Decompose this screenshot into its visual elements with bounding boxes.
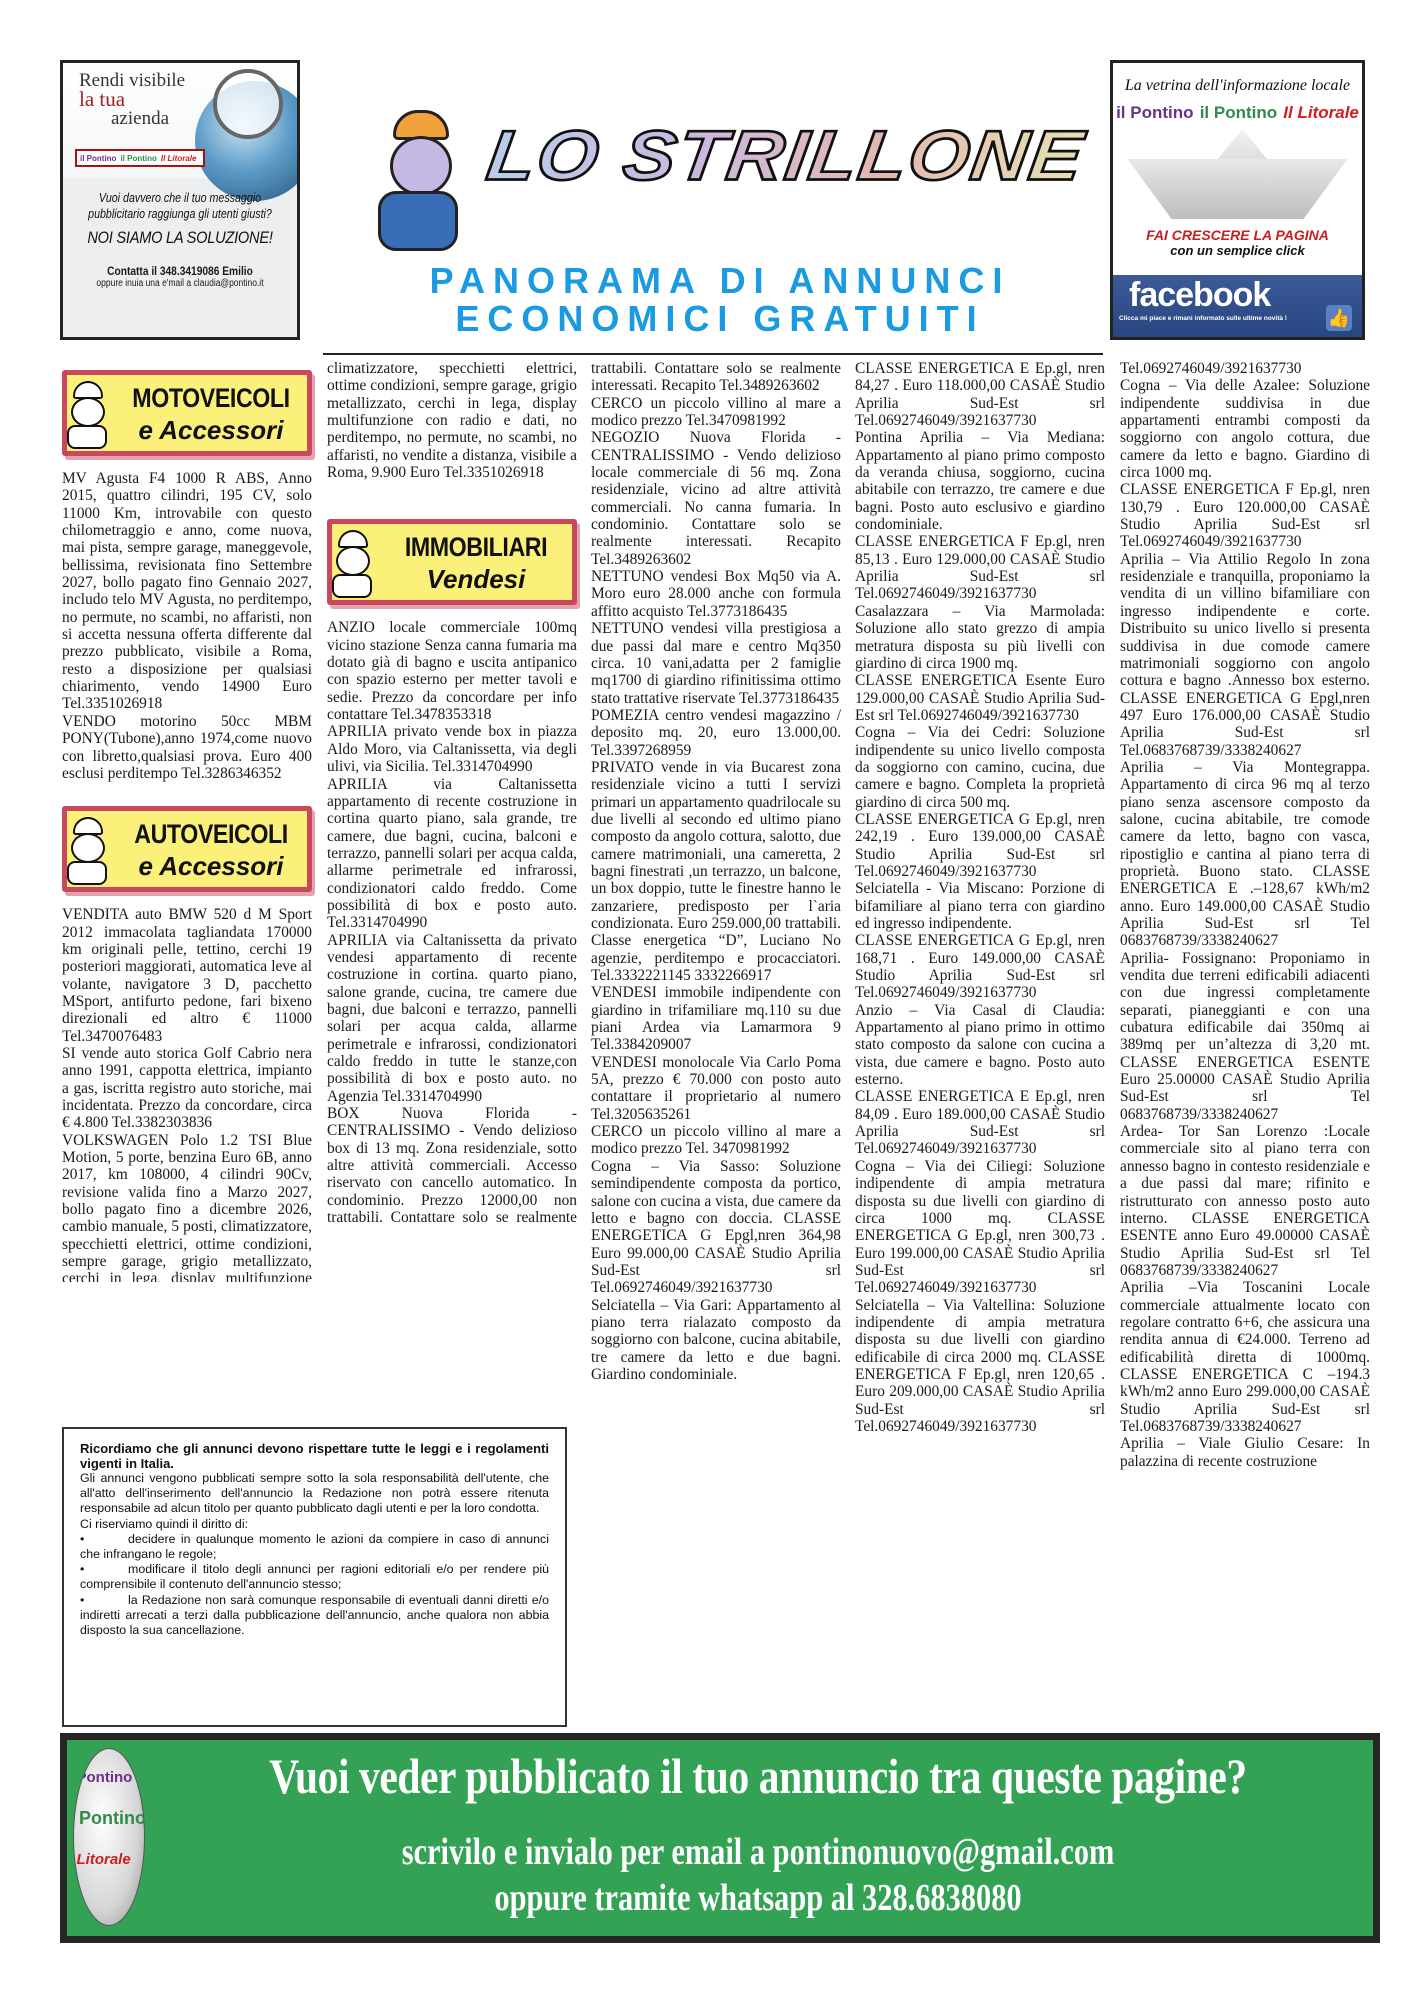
- listing: SI vende auto storica Golf Cabrio nera a…: [62, 1045, 312, 1132]
- ad-contact-email: oppure inuia una e'mail a claudia@pontin…: [81, 278, 280, 289]
- logo-text: LO STRILLONE: [482, 115, 1089, 197]
- listing: Cogna – Via dei Ciliegi: Soluzione indip…: [855, 1158, 1105, 1297]
- disclaimer-body: Ci riserviamo quindi il diritto di:: [80, 1517, 549, 1532]
- column-5: Tel.0692746049/3921637730 Cogna – Via de…: [1120, 360, 1370, 1470]
- paper-boat-icon: [1128, 129, 1348, 219]
- section-banner-immobiliari: IMMOBILIARI Vendesi: [327, 519, 577, 605]
- listing: Aprilia – Viale Giulio Cesare: In palazz…: [1120, 1435, 1370, 1470]
- ad-facebook[interactable]: La vetrina dell'informazione locale il P…: [1110, 60, 1365, 340]
- listing: ANZIO locale commerciale 100mq vicino st…: [327, 619, 577, 723]
- masthead-sphere-logo: il Pontino il Pontino Il Litorale: [73, 1748, 145, 1926]
- footer-headline: Vuoi veder pubblicato il tuo annuncio tr…: [254, 1744, 1262, 1808]
- listing: NETTUNO vendesi villa prestigiosa a due …: [591, 620, 841, 707]
- listing: VENDITA auto BMW 520 d M Sport 2012 imma…: [62, 906, 312, 1045]
- listing: MV Agusta F4 1000 R ABS, Anno 2015, quat…: [62, 470, 312, 713]
- listing: Aprilia- Fossignano: Proponiamo in vendi…: [1120, 950, 1370, 1123]
- header-divider: [323, 353, 1103, 355]
- listing-continuation: climatizzatore, specchietti elettrici, o…: [327, 360, 577, 481]
- listing: Ardea- Tor San Lorenzo :Locale commercia…: [1120, 1123, 1370, 1279]
- listing: POMEZIA centro vendesi magazzino / depos…: [591, 707, 841, 759]
- ad-headline: Rendi visibile la tua azienda: [79, 71, 185, 128]
- listing-continuation: Tel.0692746049/3921637730: [1120, 360, 1370, 377]
- listing: BOX Nuova Florida - CENTRALISSIMO - Vend…: [327, 1105, 577, 1227]
- listing: Selciatella – Via Gari: Appartamento al …: [591, 1297, 841, 1384]
- ad-contact-phone: Contatta il 348.3419086 Emilio: [81, 264, 280, 278]
- listing: CERCO un piccolo villino al mare a modic…: [591, 395, 841, 430]
- listing: CLASSE ENERGETICA E Ep.gl, nren 84,09 . …: [855, 1088, 1105, 1157]
- thumbs-up-icon: 👍: [1326, 305, 1352, 331]
- listing: CLASSE ENERGETICA G Ep.gl, nren 168,71 .…: [855, 932, 1105, 1001]
- listing: Selciatella - Via Miscano: Porzione di b…: [855, 880, 1105, 932]
- listing: CLASSE ENERGETICA F Ep.gl, nren 130,79 .…: [1120, 481, 1370, 550]
- ad-banner-image: Rendi visibile la tua azienda il Pontino…: [63, 63, 297, 178]
- ad-slogan: La vetrina dell'informazione locale: [1113, 77, 1362, 95]
- disclaimer-body: Gli annunci vengono pubblicati sempre so…: [80, 1471, 549, 1517]
- masthead-logos: il Pontino il Pontino Il Litorale: [75, 149, 205, 167]
- listing: Cogna – Via dei Cedri: Soluzione indipen…: [855, 724, 1105, 811]
- listing: CLASSE ENERGETICA Esente Euro 129.000,00…: [855, 672, 1105, 724]
- ad-cta-sub: con un semplice click: [1113, 243, 1362, 258]
- listing-continuation: trattabili. Contattare solo se realmente…: [591, 360, 841, 395]
- column-4: CLASSE ENERGETICA E Ep.gl, nren 84,27 . …: [855, 360, 1105, 1435]
- disclaimer-bullet: •modificare il titolo degli annunci per …: [80, 1562, 549, 1592]
- footer-email-line[interactable]: scrivilo e invialo per email a pontinonu…: [272, 1830, 1243, 1874]
- disclaimer-bullet: •la Redazione non sarà comunque responsa…: [80, 1593, 549, 1639]
- section-banner-motoveicoli: MOTOVEICOLI e Accessori: [62, 370, 312, 456]
- ad-message: Vuoi davvero che il tuo messaggio pubbli…: [84, 190, 276, 222]
- column-1: MOTOVEICOLI e Accessori MV Agusta F4 100…: [62, 366, 312, 1282]
- listing: APRILIA via Caltanissetta appartamento d…: [327, 776, 577, 932]
- listing: Aprilia – Via Attilio Regolo In zona res…: [1120, 551, 1370, 759]
- listing: VENDESI immobile indipendente con giardi…: [591, 984, 841, 1053]
- listing: PRIVATO vende in via Bucarest zona resid…: [591, 759, 841, 984]
- facebook-like-button[interactable]: facebook Clicca mi piace e rimani inform…: [1113, 275, 1362, 337]
- legal-disclaimer-box: Ricordiamo che gli annunci devono rispet…: [62, 1427, 567, 1727]
- ad-cta: FAI CRESCERE LA PAGINA: [1113, 227, 1362, 243]
- listing: CLASSE ENERGETICA F Ep.gl, nren 85,13 . …: [855, 533, 1105, 602]
- mascot-icon: [59, 381, 119, 451]
- section-banner-autoveicoli: AUTOVEICOLI e Accessori: [62, 806, 312, 892]
- listing: Selciatella – Via Valtellina: Soluzione …: [855, 1297, 1105, 1436]
- page-tagline: PANORAMA DI ANNUNCI ECONOMICI GRATUITI: [335, 262, 1105, 338]
- listing: VENDESI monolocale Via Carlo Poma 5A, pr…: [591, 1054, 841, 1123]
- lo-strillone-logo: LO STRILLONE: [328, 68, 1098, 258]
- listing: Cogna – Via Sasso: Soluzione semindipend…: [591, 1158, 841, 1297]
- magnifier-icon: [213, 69, 283, 139]
- column-3: trattabili. Contattare solo se realmente…: [591, 360, 841, 1383]
- listing: APRILIA privato vende box in piazza Aldo…: [327, 723, 577, 775]
- listing: VENDO motorino 50cc MBM PONY(Tubone),ann…: [62, 713, 312, 782]
- listing: Aprilia – Via Montegrappa. Appartamento …: [1120, 759, 1370, 950]
- masthead-logos: il Pontino il Pontino Il Litorale: [1113, 103, 1362, 123]
- listing: APRILIA via Caltanissetta da privato ven…: [327, 932, 577, 1105]
- column-2: climatizzatore, specchietti elettrici, o…: [327, 360, 577, 1227]
- listing: Anzio – Via Casal di Claudia: Appartamen…: [855, 1002, 1105, 1089]
- disclaimer-lead: Ricordiamo che gli annunci devono rispet…: [80, 1441, 549, 1471]
- listing: CERCO un piccolo villino al mare a modic…: [591, 1123, 841, 1158]
- mascot-icon: [324, 530, 384, 600]
- facebook-logo: facebook: [1113, 275, 1362, 315]
- listing: NETTUNO vendesi Box Mq50 via A. Moro eur…: [591, 568, 841, 620]
- listing: VOLKSWAGEN Polo 1.2 TSI Blue Motion, 5 p…: [62, 1132, 312, 1282]
- listing: Casalazzara – Via Marmolada: Soluzione a…: [855, 603, 1105, 672]
- listing: Aprilia –Via Toscanini Locale commercial…: [1120, 1279, 1370, 1435]
- listing: NEGOZIO Nuova Florida - CENTRALISSIMO - …: [591, 429, 841, 568]
- ad-rendi-visibile[interactable]: Rendi visibile la tua azienda il Pontino…: [60, 60, 300, 340]
- ad-solution: NOI SIAMO LA SOLUZIONE!: [79, 228, 280, 248]
- footer-whatsapp-line[interactable]: oppure tramite whatsapp al 328.6838080: [272, 1876, 1243, 1920]
- mascot-icon: [59, 817, 119, 887]
- listing: CLASSE ENERGETICA G Ep.gl, nren 242,19 .…: [855, 811, 1105, 880]
- newsboy-mascot-icon: [338, 96, 488, 261]
- footer-ad-banner[interactable]: il Pontino il Pontino Il Litorale Vuoi v…: [60, 1733, 1380, 1943]
- listing: Cogna – Via delle Azalee: Soluzione indi…: [1120, 377, 1370, 481]
- disclaimer-bullet: •decidere in qualunque momento le azioni…: [80, 1532, 549, 1562]
- listing: CLASSE ENERGETICA E Ep.gl, nren 84,27 . …: [855, 360, 1105, 429]
- listing: Pontina Aprilia – Via Mediana: Appartame…: [855, 429, 1105, 533]
